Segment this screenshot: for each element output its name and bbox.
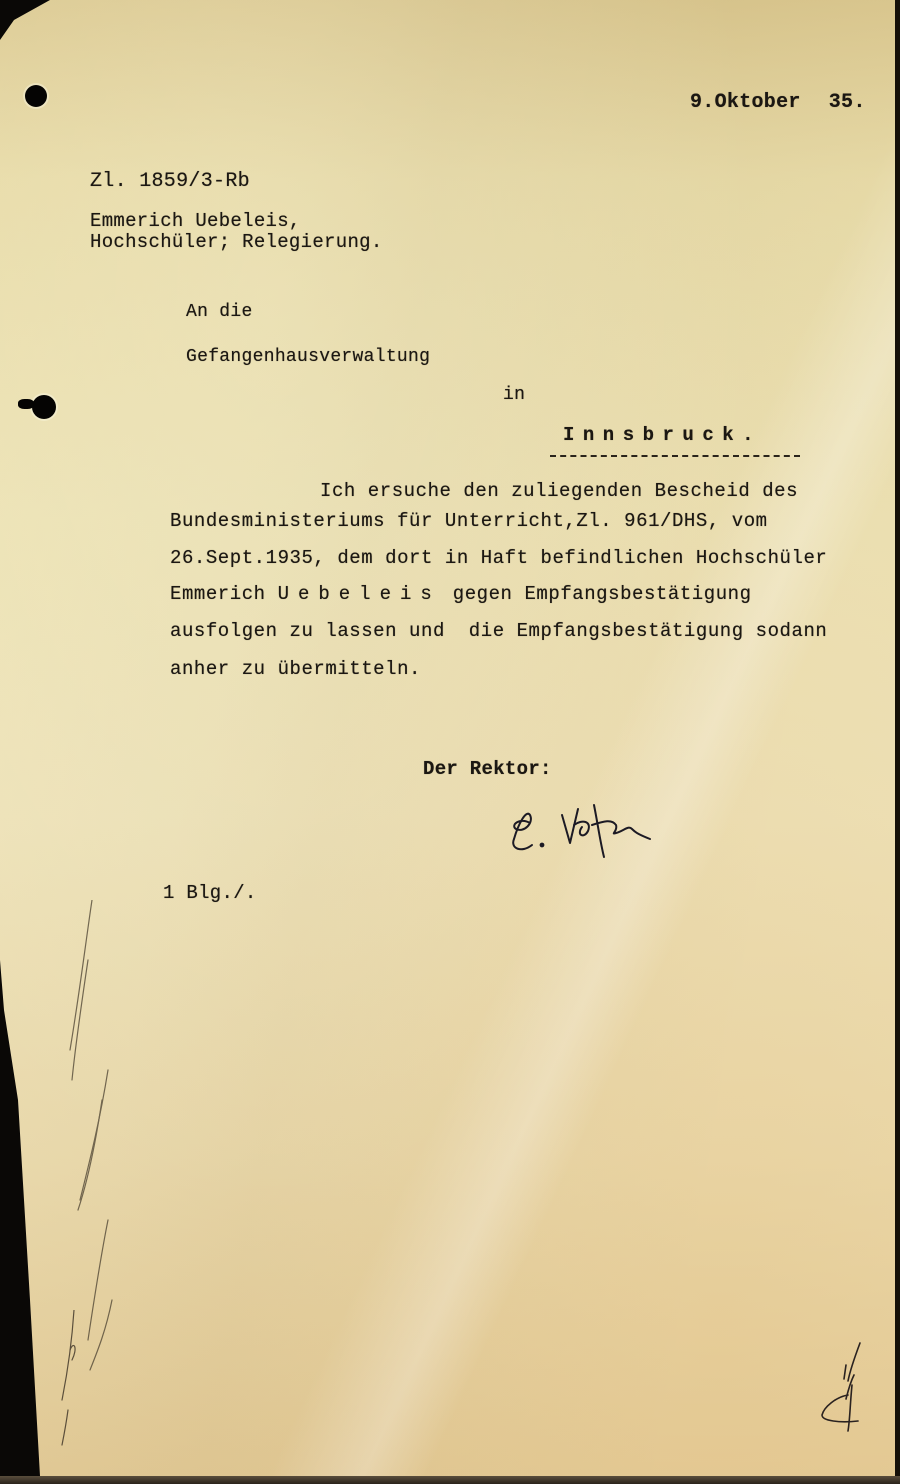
- letter-date: 9.Oktober35.: [690, 93, 866, 113]
- scanned-document: 9.Oktober35. Zl. 1859/3-Rb Emmerich Uebe…: [0, 0, 900, 1484]
- punch-hole-icon: [32, 395, 56, 419]
- body-line-6: anher zu übermitteln.: [170, 660, 421, 679]
- city-underline: [550, 455, 800, 457]
- signature-icon: [500, 795, 670, 865]
- subject-line-1: Emmerich Uebeleis,: [90, 212, 301, 231]
- body-line-3: 26.Sept.1935, dem dort in Haft befindlic…: [170, 549, 827, 568]
- body-line-1: Ich ersuche den zuliegenden Bescheid des: [320, 482, 798, 501]
- punch-hole-icon: [25, 85, 47, 107]
- date-day-month: 9.Oktober: [690, 91, 801, 114]
- body-line-4: Emmerich Uebeleis gegen Empfangsbestätig…: [170, 585, 752, 604]
- signoff: Der Rektor:: [423, 760, 552, 779]
- date-year: 35.: [829, 91, 866, 114]
- subject-line-2: Hochschüler; Relegierung.: [90, 233, 383, 252]
- recipient-line-3: in: [503, 386, 525, 404]
- recipient-city: Innsbruck.: [563, 426, 762, 445]
- enclosure-note: 1 Blg./.: [163, 884, 257, 903]
- body-line-4-name: Uebeleis: [278, 583, 441, 605]
- body-line-4-start: Emmerich: [170, 583, 278, 605]
- body-line-5: ausfolgen zu lassen und die Empfangsbest…: [170, 622, 827, 641]
- body-line-2: Bundesministeriums für Unterricht,Zl. 96…: [170, 512, 768, 531]
- reference-number: Zl. 1859/3-Rb: [90, 172, 250, 192]
- initials-icon: [810, 1335, 880, 1435]
- recipient-line-1: An die: [186, 303, 253, 321]
- pencil-mark-icon: [60, 1310, 110, 1450]
- recipient-line-2: Gefangenhausverwaltung: [186, 348, 430, 366]
- body-line-4-end: gegen Empfangsbestätigung: [441, 583, 752, 605]
- scan-edge-right: [895, 0, 900, 1484]
